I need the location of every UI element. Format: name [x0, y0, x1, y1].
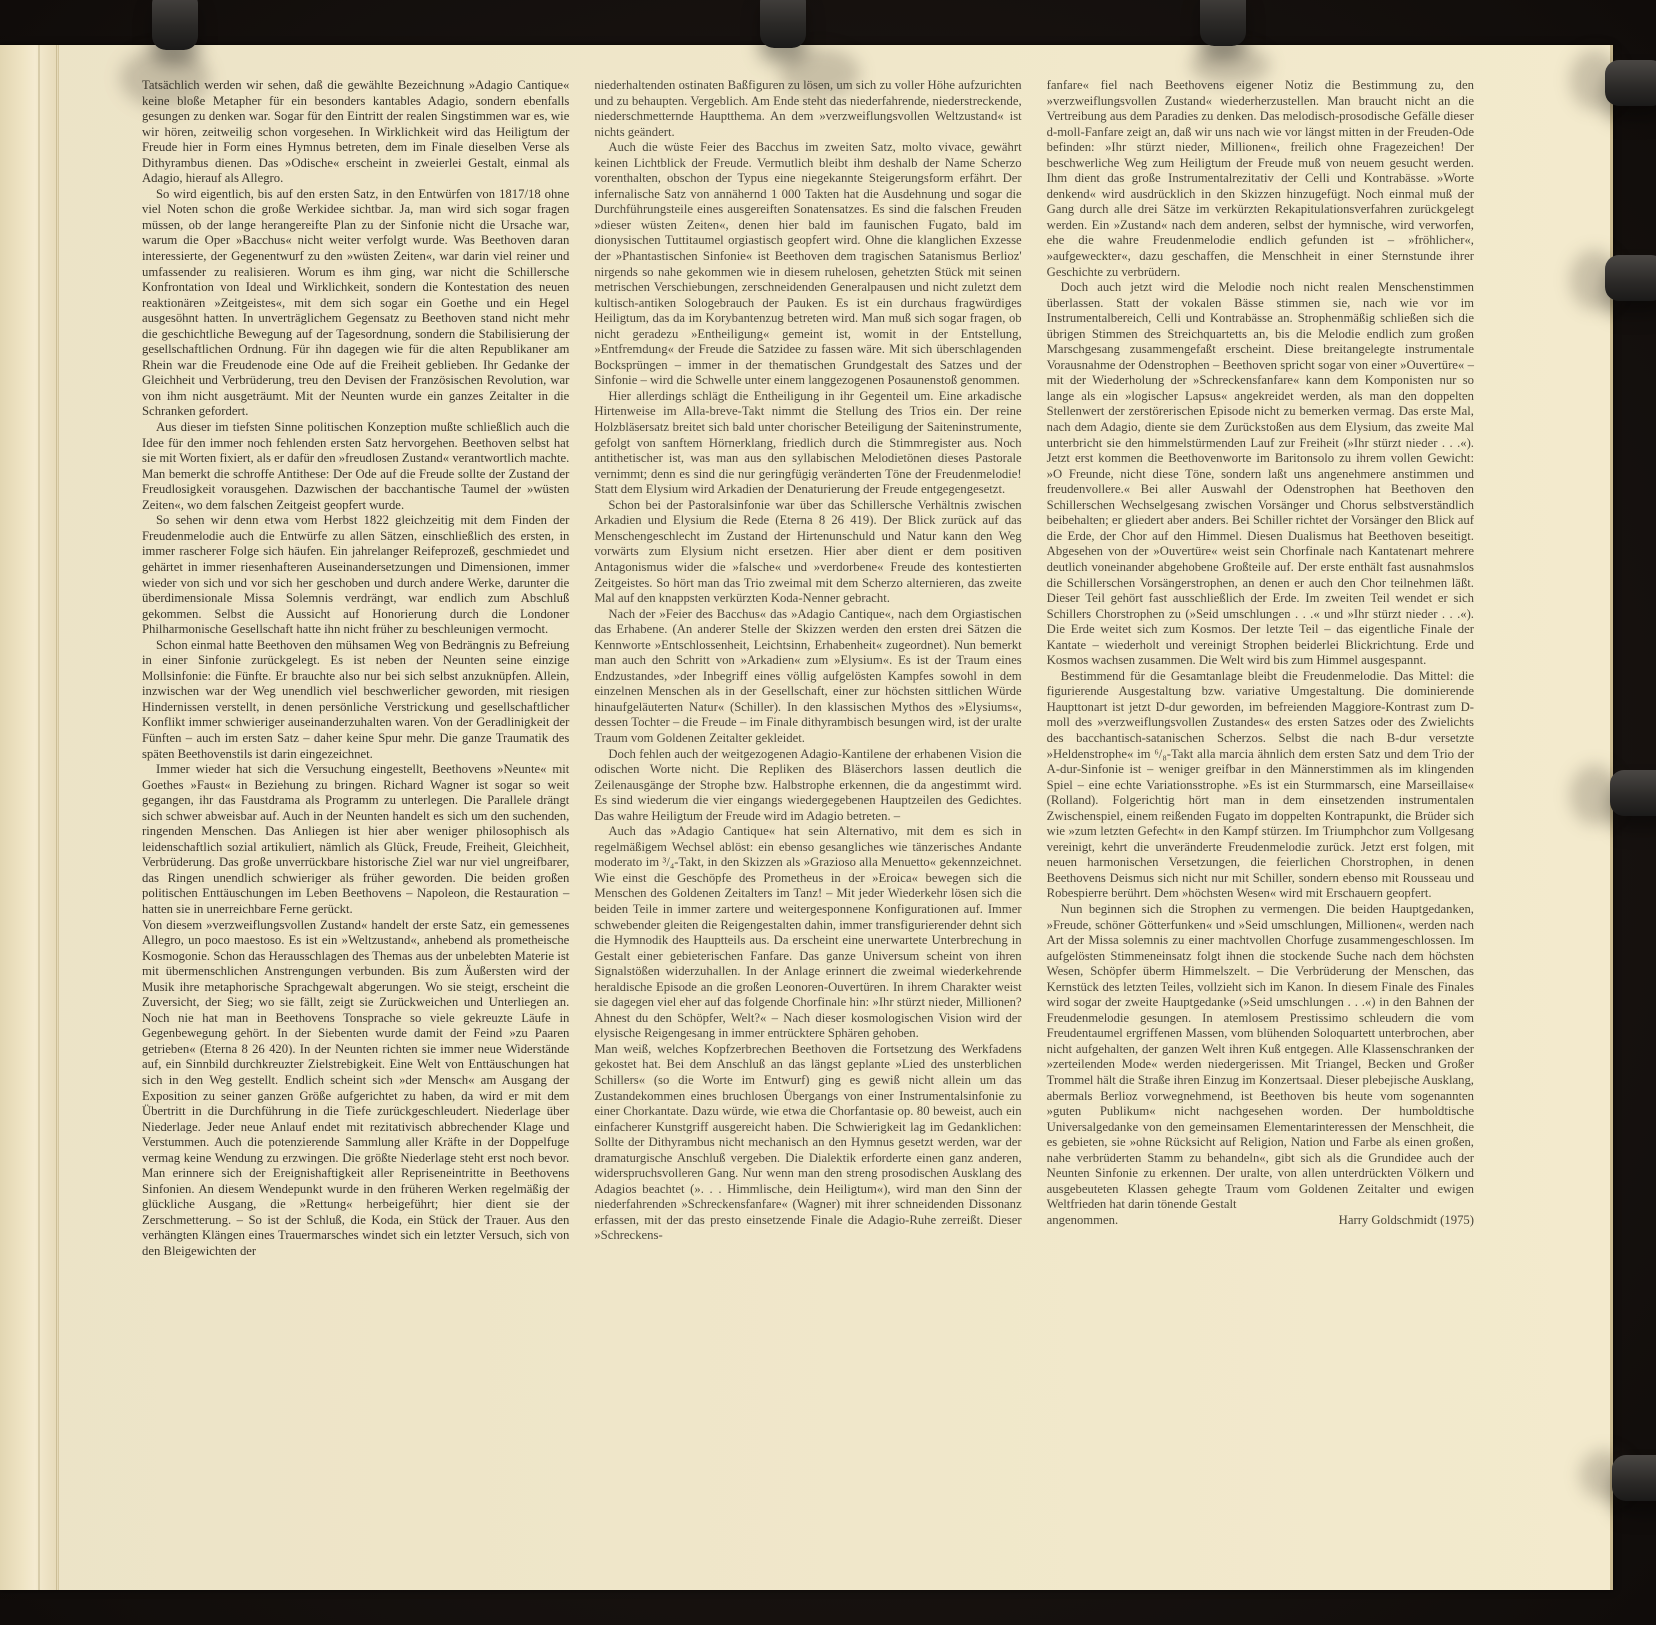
paragraph: Nach der »Feier des Bacchus« das »Adagio… [594, 607, 1021, 747]
paragraph: Tatsächlich werden wir sehen, daß die ge… [142, 78, 569, 187]
holding-peg [1605, 60, 1656, 106]
paragraph: Bestimmend für die Gesamtanlage bleibt d… [1047, 669, 1474, 902]
closing-word: angenommen. [1047, 1213, 1119, 1229]
paragraph: Immer wieder hat sich die Versuchung ein… [142, 762, 569, 917]
text-column-1: Tatsächlich werden wir sehen, daß die ge… [142, 78, 569, 1498]
paragraph: So sehen wir denn etwa vom Herbst 1822 g… [142, 513, 569, 637]
signature-line: angenommen. Harry Goldschmidt (1975) [1047, 1213, 1474, 1229]
spine-fold-line [56, 45, 57, 1590]
text-columns: Tatsächlich werden wir sehen, daß die ge… [142, 78, 1474, 1498]
holding-peg [152, 0, 198, 50]
spine-fold-line [38, 45, 40, 1590]
holding-peg [1605, 255, 1656, 301]
paragraph: Schon einmal hatte Beethoven den mühsame… [142, 638, 569, 762]
paragraph: Nun beginnen sich die Strophen zu vermen… [1047, 902, 1474, 1213]
paragraph: Auch die wüste Feier des Bacchus im zwei… [594, 140, 1021, 389]
author-signature: Harry Goldschmidt (1975) [1339, 1213, 1474, 1229]
paragraph: Man weiß, welches Kopfzerbrechen Beethov… [594, 1042, 1021, 1244]
holding-peg [760, 0, 806, 48]
text-column-2: niederhaltenden ostinaten Baßfiguren zu … [594, 78, 1021, 1498]
paragraph: So wird eigentlich, bis auf den ersten S… [142, 187, 569, 420]
paragraph: Von diesem »verzweiflungsvollen Zustand«… [142, 918, 569, 1260]
paragraph: fanfare« fiel nach Beethovens eigener No… [1047, 78, 1474, 280]
paragraph: Auch das »Adagio Cantique« hat sein Alte… [594, 824, 1021, 1042]
text-column-3: fanfare« fiel nach Beethovens eigener No… [1047, 78, 1474, 1498]
holding-peg [1610, 770, 1656, 816]
paragraph: Schon bei der Pastoralsinfonie war über … [594, 498, 1021, 607]
paragraph: Doch auch jetzt wird die Melodie noch ni… [1047, 280, 1474, 669]
gatefold-spine [0, 45, 59, 1590]
holding-peg [1200, 0, 1246, 46]
holding-peg [1612, 1455, 1656, 1501]
paragraph: niederhaltenden ostinaten Baßfiguren zu … [594, 78, 1021, 140]
paragraph: Hier allerdings schlägt die Entheiligung… [594, 389, 1021, 498]
paragraph: Aus dieser im tiefsten Sinne politischen… [142, 420, 569, 513]
paragraph: Doch fehlen auch der weitgezogenen Adagi… [594, 747, 1021, 825]
